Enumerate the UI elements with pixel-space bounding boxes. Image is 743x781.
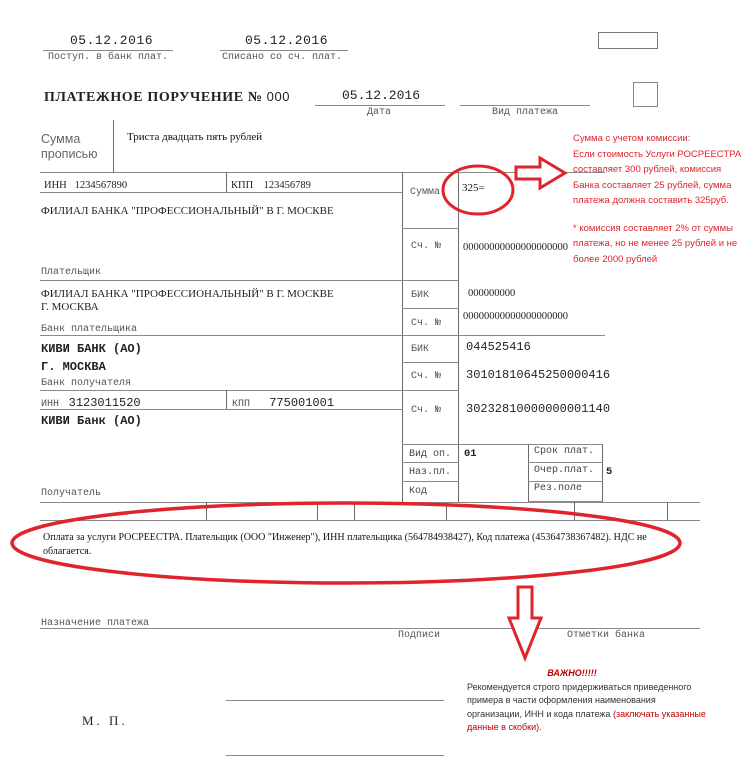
purpose-highlight-ellipse bbox=[12, 503, 680, 583]
arrow-right-icon bbox=[516, 158, 565, 188]
arrow-down-icon bbox=[509, 587, 541, 658]
sum-highlight-ellipse bbox=[443, 166, 513, 214]
annotation-overlay bbox=[0, 0, 743, 781]
